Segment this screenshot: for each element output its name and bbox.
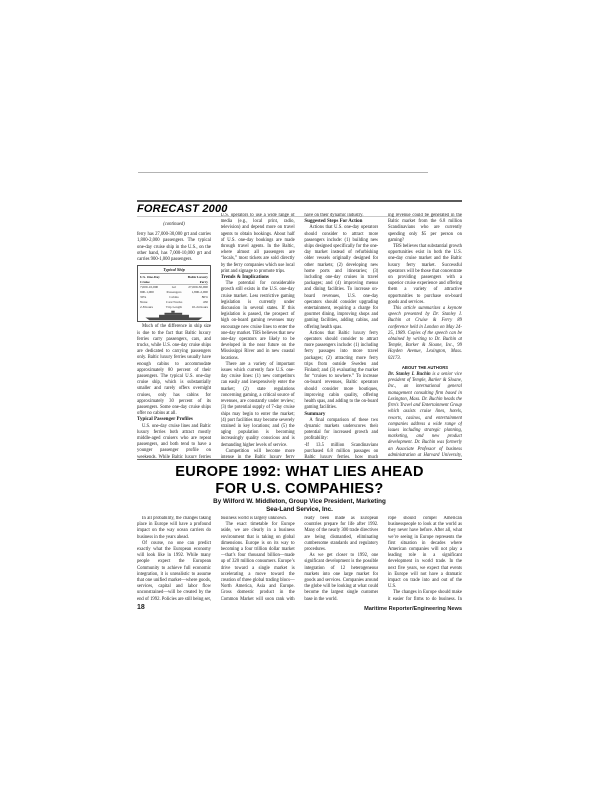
paragraph: The exact timetable for Europe aside, we…: [221, 522, 295, 603]
ship-table-header-baltic: Baltic Luxury Ferry: [182, 275, 208, 285]
paragraph: Much of the difference in ship size is d…: [137, 324, 211, 417]
forecast-column-3: have on their dynamic industry. Suggeste…: [304, 213, 378, 458]
europe-column-4: rope should compel American businesspeop…: [388, 516, 462, 603]
author-bio-text: is a senior vice president of Temple, Ba…: [388, 372, 462, 458]
europe-column-3: ready been made as European countries pr…: [304, 516, 378, 603]
byline-author: By Wilford W. Middleton, Group Vice Pres…: [137, 498, 462, 506]
ship-table-title: Typical Ship: [140, 267, 208, 274]
headline-line-2: FOR U.S. COMPAHIES?: [137, 481, 462, 498]
paragraph: rope should compel American businesspeop…: [388, 516, 462, 590]
paragraph: The potential for considerable growth st…: [221, 281, 295, 362]
author-bio: Dr. Stanley I. Buchin is a senior vice p…: [388, 372, 462, 458]
top-rule: [138, 172, 428, 173]
byline: By Wilford W. Middleton, Group Vice Pres…: [137, 498, 462, 514]
author-name: Dr. Stanley I. Buchin: [388, 372, 431, 377]
forecast-article-columns: (continued) ferry has 27,000-30,000 grt …: [137, 213, 462, 458]
ship-table-header-row: U.S. One-Day Cruise Baltic Luxury Ferry: [140, 275, 208, 286]
paragraph: As we get closer to 1992, one significan…: [304, 553, 378, 603]
page-number: 18: [137, 604, 145, 611]
paragraph: There are a variety of important issues …: [221, 362, 295, 449]
headline-line-1: EUROPE 1992: WHAT LIES AHEAD: [137, 464, 462, 481]
paragraph: Competition will become more intense in …: [221, 449, 295, 458]
europe-column-1: In all probability, the changes taking p…: [137, 516, 211, 603]
paragraph: ferry has 27,000-30,000 grt and carries …: [137, 232, 211, 263]
paragraph: A final comparison of these two dynamic …: [304, 418, 378, 443]
section-divider-rule: [137, 459, 462, 460]
cell-baltic: 10-24 hours: [182, 305, 208, 310]
cell-label: Trip Length: [166, 305, 182, 310]
byline-company: Sea-Land Service, Inc.: [137, 506, 462, 514]
continued-label: (continued): [137, 222, 211, 228]
europe-column-2: business world is largely unknown. The e…: [221, 516, 295, 603]
ship-silhouette-icon: [140, 310, 208, 321]
article-note: This article summarizes a keynote speech…: [388, 306, 462, 362]
paragraph: U.S. one-day cruise lines and Baltic lux…: [137, 424, 211, 458]
europe-article-columns: In all probability, the changes taking p…: [137, 516, 462, 603]
forecast-column-2: U.S. operators to use a wide range of me…: [221, 213, 295, 458]
europe-article-headline: EUROPE 1992: WHAT LIES AHEAD FOR U.S. CO…: [137, 464, 462, 497]
paragraph: ing revenue could be generated in the Ba…: [388, 213, 462, 244]
paragraph: U.S. operators to use a wide range of me…: [221, 213, 295, 275]
paragraph: The changes in Europe should make it eas…: [388, 590, 462, 603]
paragraph: TBS believes that substantial growth opp…: [388, 244, 462, 306]
cell-us: 2-8 hours: [140, 305, 166, 310]
paragraph: Actions that U.S. one-day operators shou…: [304, 225, 378, 330]
about-authors-heading: ABOUT THE AUTHORS: [388, 365, 462, 371]
paragraph: In all probability, the changes taking p…: [137, 516, 211, 541]
paragraph: ready been made as European countries pr…: [304, 516, 378, 553]
masthead-rule: [137, 200, 462, 202]
paragraph: Of course, no one can predict exactly wh…: [137, 541, 211, 603]
ship-table-header-us: U.S. One-Day Cruise: [140, 275, 166, 285]
forecast-column-4: ing revenue could be generated in the Ba…: [388, 213, 462, 458]
forecast-column-1: (continued) ferry has 27,000-30,000 grt …: [137, 213, 211, 458]
journal-name: Maritime Reporter/Engineering News: [364, 606, 462, 612]
ship-comparison-table: Typical Ship U.S. One-Day Cruise Baltic …: [137, 265, 211, 322]
bullet-item: -If 13.5 million Scandinavians purchased…: [304, 443, 378, 458]
table-row: 2-8 hours Trip Length 10-24 hours: [140, 305, 208, 310]
paragraph: Actions that Baltic luxury ferry operato…: [304, 331, 378, 412]
magazine-page: FORECAST 2000 (continued) ferry has 27,0…: [0, 0, 600, 800]
